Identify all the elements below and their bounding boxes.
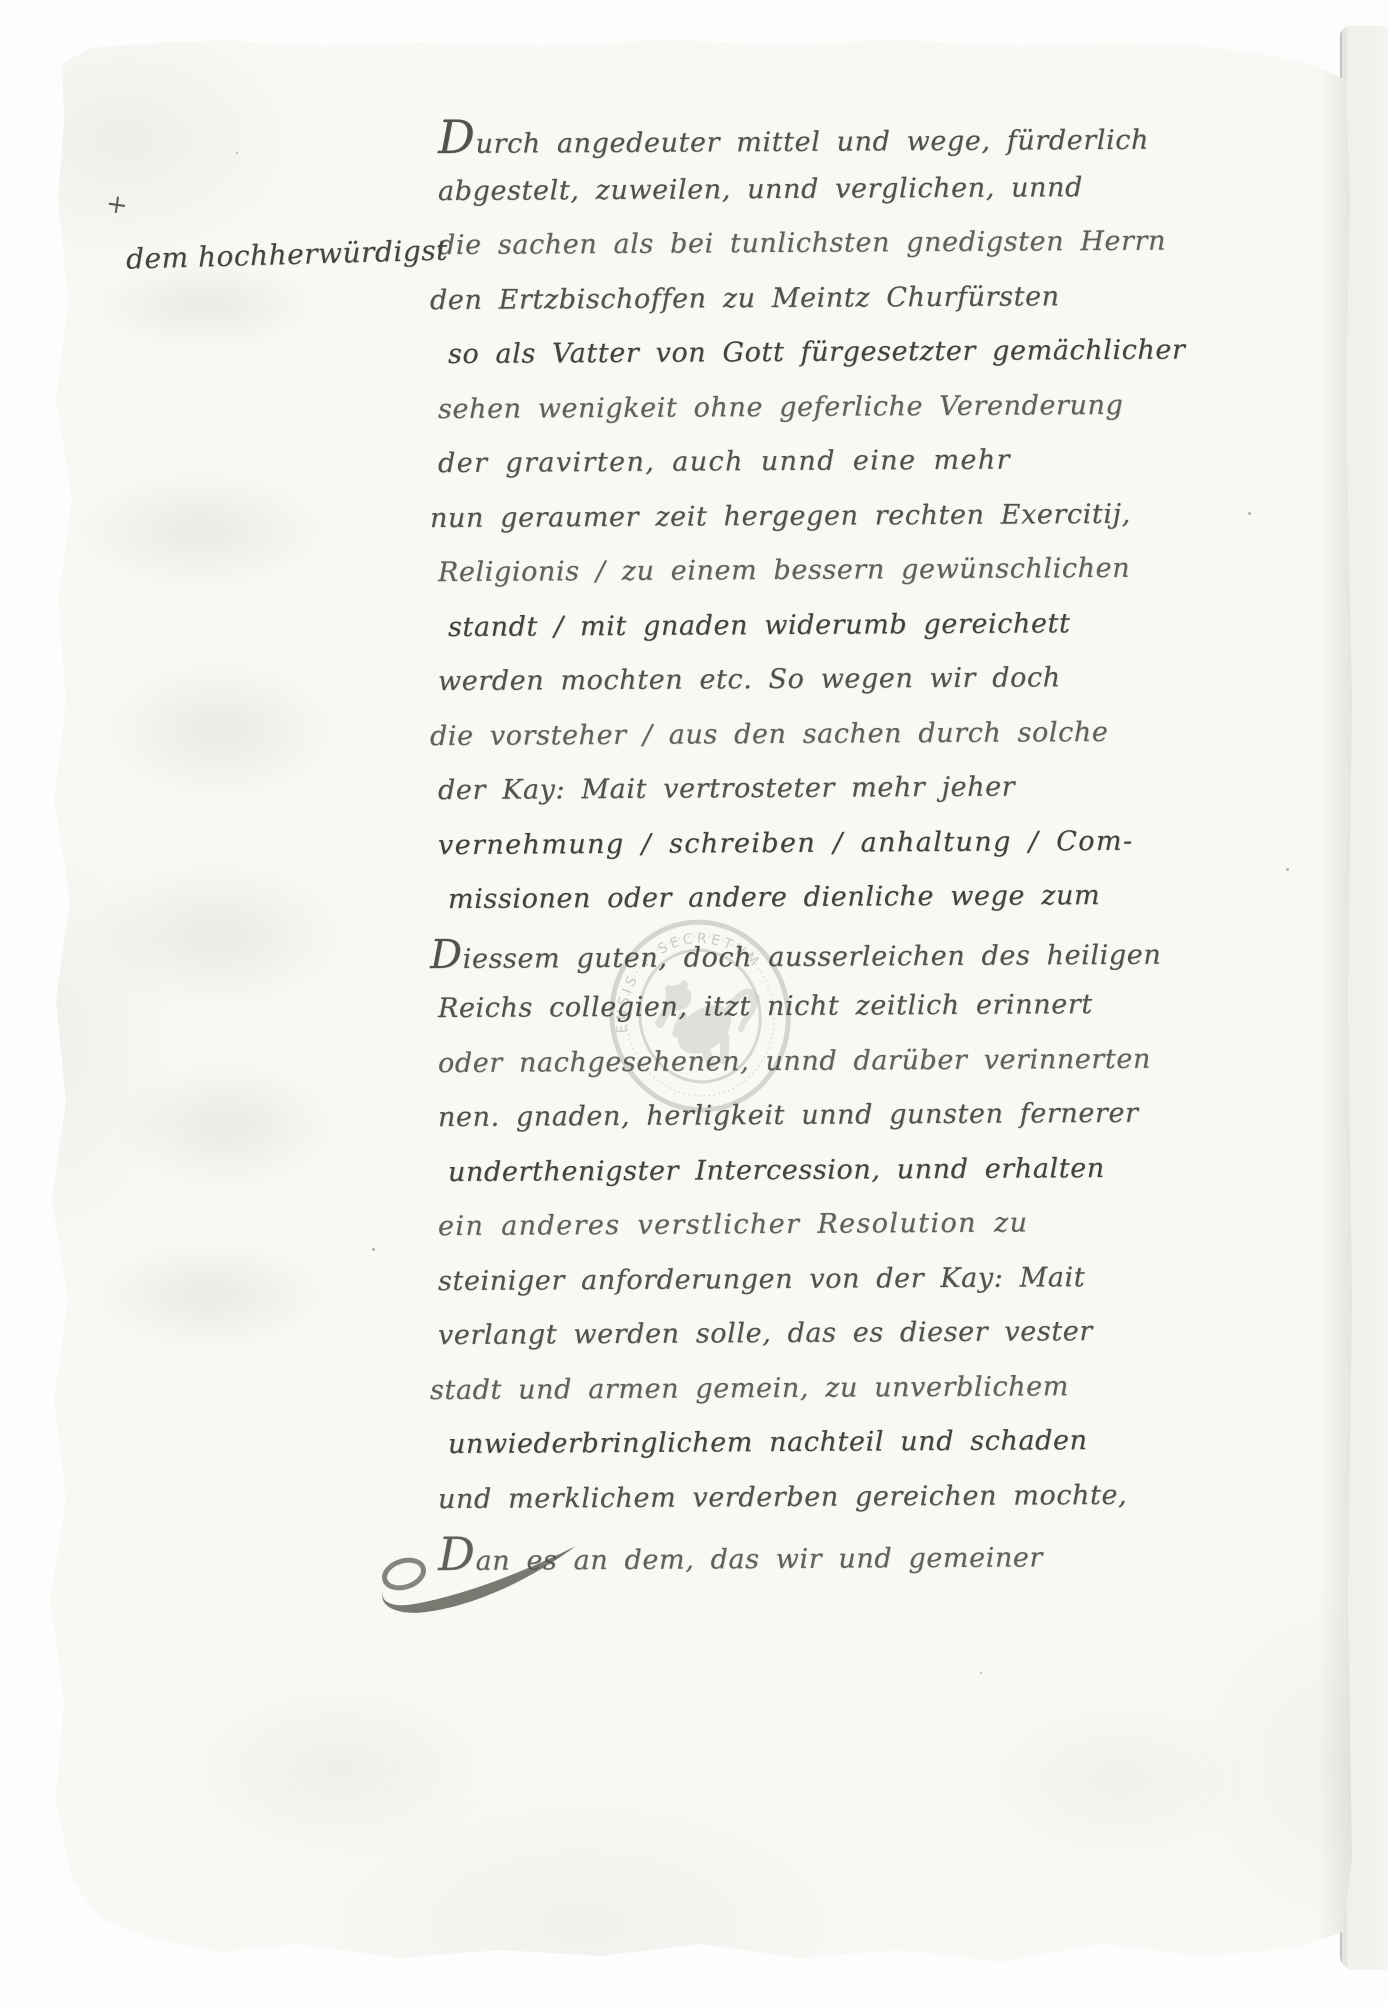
text-block: Durch angedeuter mittel und wege, fürder… [438,108,1118,1580]
manuscript-line: unwiederbringlichem nachteil und schaden [448,1414,1118,1473]
manuscript-line: missionen oder andere dienliche wege zum [448,869,1118,928]
manuscript-scan: + dem hochherwürdigst ENSIS + SECRETVM [0,0,1388,2004]
bleed-through-smudge [90,1240,330,1350]
manuscript-line: werden mochten etc. So wegen wir doch [438,651,1118,710]
margin-cross-mark: + [104,189,130,222]
ink-speck [980,1672,982,1674]
manuscript-line: die vorsteher / aus den sachen durch sol… [430,705,1118,764]
bleed-through-smudge [70,470,330,590]
ink-speck [1286,868,1289,871]
manuscript-line: nun geraumer zeit hergegen rechten Exerc… [430,487,1118,546]
bleed-through-smudge [80,860,350,1010]
bleed-through-smudge [110,1060,340,1190]
manuscript-line: stadt und armen gemein, zu unverblichem [430,1359,1118,1418]
manuscript-line: Diessem guten, doch ausserleichen des he… [430,923,1118,982]
ink-speck [372,1248,375,1251]
manuscript-line: vernehmung / schreiben / anhaltung / Com… [438,814,1118,873]
ink-speck [236,152,238,154]
manuscript-line: sehen wenigkeit ohne geferliche Verender… [438,378,1118,437]
manuscript-line: Religionis / zu einem bessern gewünschli… [438,542,1118,601]
margin-note: dem hochherwürdigst [126,233,457,275]
ink-speck [1248,512,1251,515]
manuscript-line: so als Vatter von Gott fürgesetzter gemä… [448,324,1118,383]
paper-stain [980,1700,1260,1860]
flourish-swash [370,1528,610,1618]
manuscript-line: Durch angedeuter mittel und wege, fürder… [438,106,1118,165]
manuscript-line: underthenigster Intercession, unnd erhal… [448,1141,1118,1200]
manuscript-line: steiniger anforderungen von der Kay: Mai… [438,1250,1118,1309]
bleed-through-smudge [90,260,320,350]
manuscript-page: + dem hochherwürdigst ENSIS + SECRETVM [0,0,1388,2004]
manuscript-line: der Kay: Mait vertrosteter mehr jeher [438,760,1118,819]
manuscript-line: Reichs collegien, itzt nicht zeitlich er… [438,978,1118,1037]
manuscript-line: nen. gnaden, herligkeit unnd gunsten fer… [438,1087,1118,1146]
manuscript-line: standt / mit gnaden widerumb gereichett [448,596,1118,655]
manuscript-line: die sachen als bei tunlichsten gnedigste… [438,215,1118,274]
manuscript-line: abgestelt, zuweilen, unnd verglichen, un… [438,160,1118,219]
manuscript-line: den Ertzbischoffen zu Meintz Churfürsten [430,269,1118,328]
bleed-through-smudge [100,660,340,800]
paper-stain [180,1680,500,1860]
manuscript-line: und merklichem verderben gereichen mocht… [438,1468,1118,1527]
manuscript-line: verlangt werden solle, das es dieser ves… [438,1305,1118,1364]
manuscript-line: ein anderes verstlicher Resolution zu [438,1196,1118,1255]
manuscript-line: oder nachgesehenen, unnd darüber verinne… [438,1032,1118,1091]
manuscript-line: der gravirten, auch unnd eine mehr [438,433,1118,492]
